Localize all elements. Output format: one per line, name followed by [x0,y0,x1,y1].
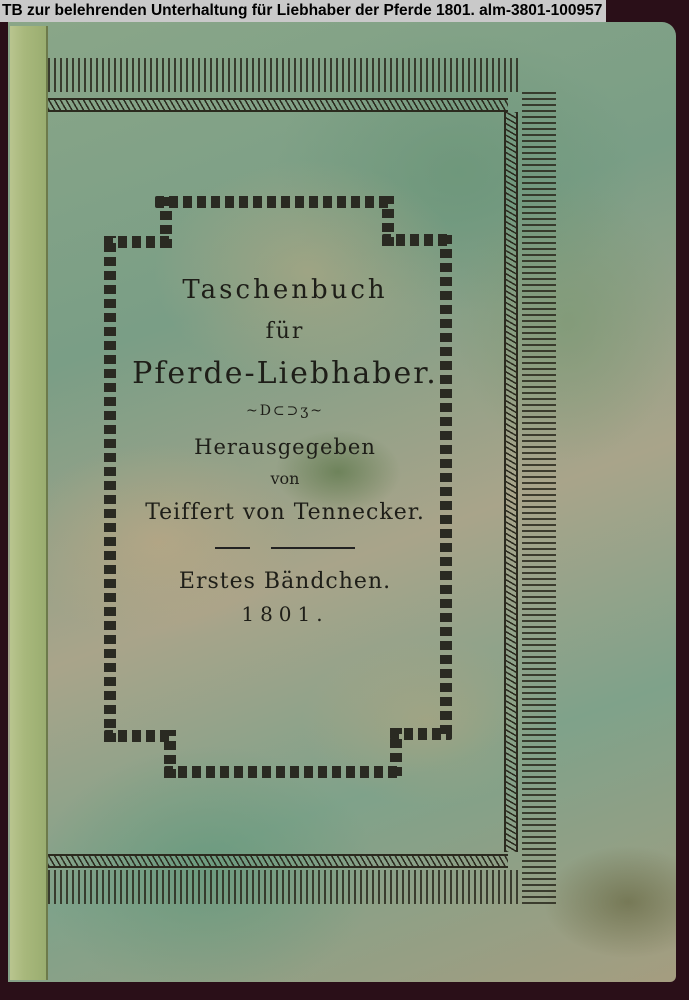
editor-line-2: von [120,469,450,488]
border-wave-right [504,112,518,852]
ornament-divider: ~D⊂⊃ʒ~ [120,403,450,419]
title-line-3: Pferde-Liebhaber. [120,356,450,391]
border-hatch-bottom [48,870,518,904]
title-block: Taschenbuch für Pferde-Liebhaber. ~D⊂⊃ʒ~… [120,275,450,626]
publication-year: 1801. [120,602,450,626]
chain-top [155,196,390,208]
title-line-2: für [120,319,450,344]
chain-top-left-step [160,196,172,248]
border-wave-bottom [48,854,508,868]
chain-bottom [164,766,402,778]
title-line-1: Taschenbuch [120,275,450,305]
border-wave-top [48,98,508,112]
editor-line-1: Herausgegeben [120,435,450,459]
border-hatch-right [522,92,556,904]
book-spine [10,26,48,980]
image-caption: TB zur belehrenden Unterhaltung für Lieb… [0,0,606,22]
chain-left [104,236,116,742]
volume-label: Erstes Bändchen. [120,569,450,594]
rule-divider [215,547,355,549]
border-hatch-top [48,58,518,92]
editor-name: Teiffert von Tennecker. [120,500,450,525]
